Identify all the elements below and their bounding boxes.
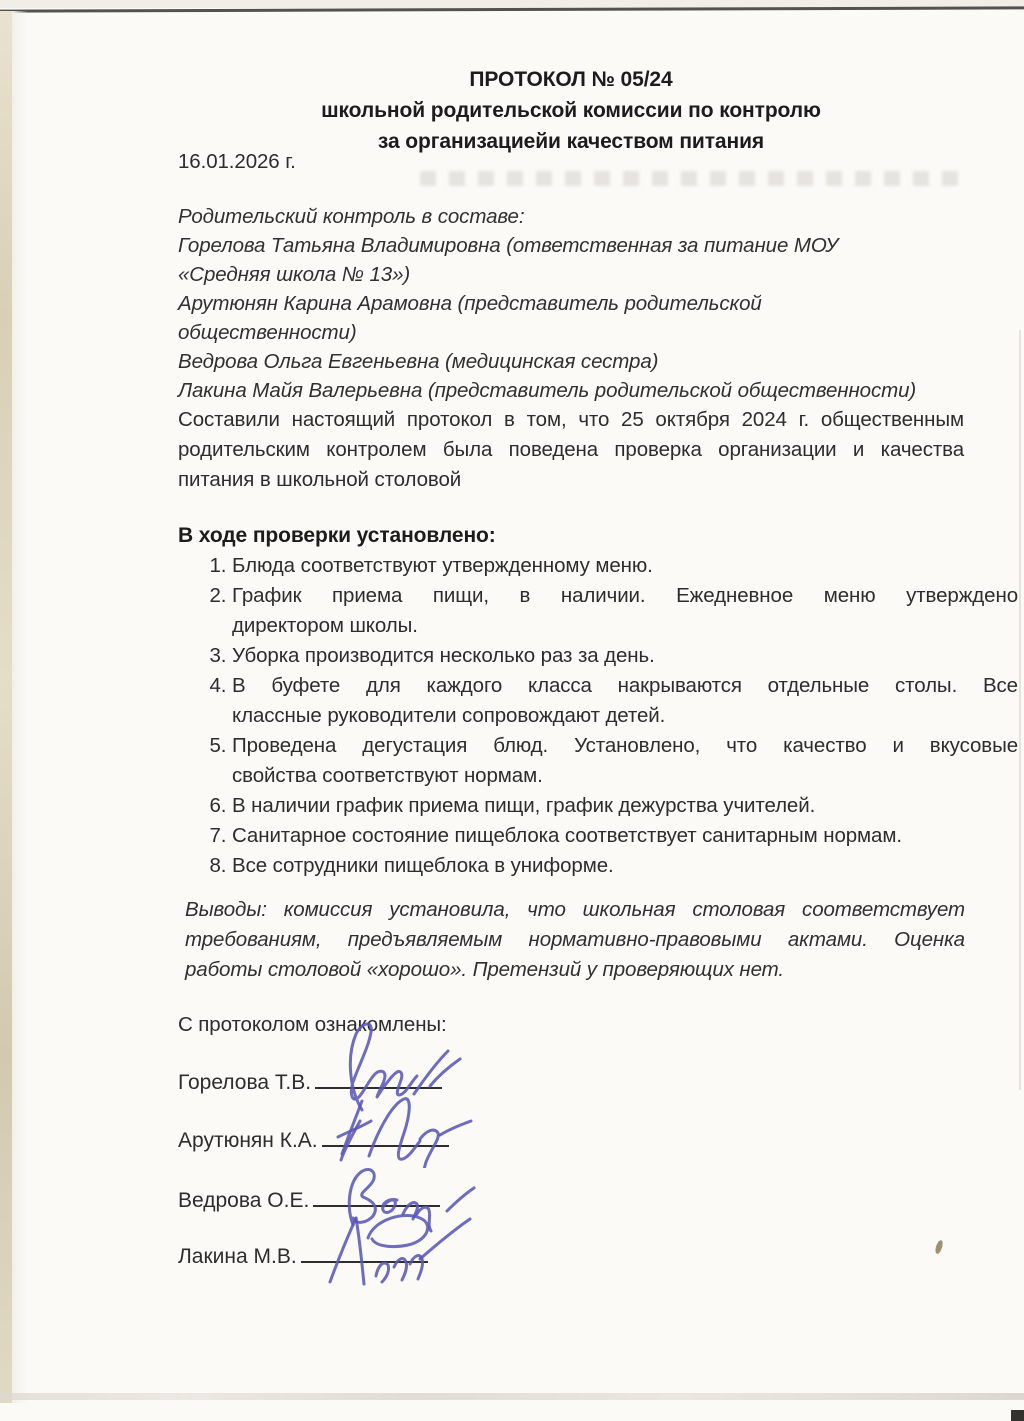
committee-member: Лакина Майя Валерьевна (представитель ро… [178,376,964,405]
finding-item: Все сотрудники пищеблока в униформе. [232,851,1018,881]
committee-composition: Родительский контроль в составе: Горелов… [178,202,964,405]
conclusions-paragraph: Выводы: комиссия установила, что школьна… [185,895,965,985]
scan-corner-speck [1011,1410,1024,1421]
finding-item: Проведена дегустация блюд. Установлено, … [232,731,1018,791]
composition-intro: Родительский контроль в составе: [178,202,964,231]
finding-item: Блюда соответствуют утвержденному меню. [232,551,1018,581]
finding-item: Уборка производится несколько раз за ден… [232,641,1018,671]
findings-list: Блюда соответствуют утвержденному меню. … [178,551,1018,881]
signer-name: Ведрова О.Е. [178,1189,309,1213]
conclusions-line: работы столовой «хорошо». Претензий у пр… [185,955,965,985]
finding-line: директором школы. [232,611,1018,641]
finding-line: График приема пищи, в наличии. Ежедневно… [232,581,1018,611]
finding-line: Проведена дегустация блюд. Установлено, … [232,731,1018,761]
signature-row: Арутюнян К.А. [178,1121,449,1153]
signature-line [322,1121,449,1147]
findings-heading: В ходе проверки установлено: [178,521,964,551]
finding-line: В наличии график приема пищи, график деж… [232,791,1018,821]
preamble-line: родительским контролем была поведена про… [178,435,964,465]
conclusions-line: требованиям, предъявляемым нормативно-пр… [185,925,965,955]
finding-line: Уборка производится несколько раз за ден… [232,641,1018,671]
finding-line: Все сотрудники пищеблока в униформе. [232,851,1018,881]
signer-name: Арутюнян К.А. [178,1129,318,1153]
finding-line: свойства соответствуют нормам. [232,761,1018,791]
finding-line: Блюда соответствуют утвержденному меню. [232,551,1018,581]
committee-member: общественности) [178,318,964,347]
signature-line [301,1237,428,1263]
preamble-line: питания в школьной столовой [178,465,964,495]
committee-member: «Средняя школа № 13») [178,260,964,289]
scanned-protocol-page: ПРОТОКОЛ № 05/24 школьной родительской к… [0,0,1024,1421]
finding-line: классные руководители сопровождают детей… [232,701,1018,731]
preamble-line: Составили настоящий протокол в том, что … [178,405,964,435]
signature-row: Ведрова О.Е. [178,1181,440,1213]
protocol-number-title: ПРОТОКОЛ № 05/24 [178,64,964,95]
committee-member: Арутюнян Карина Арамовна (представитель … [178,289,964,318]
ink-speck [934,1239,943,1254]
signer-name: Лакина М.В. [178,1245,297,1269]
finding-item: Санитарное состояние пищеблока соответст… [232,821,1018,851]
conclusions-line: Выводы: комиссия установила, что школьна… [185,895,965,925]
finding-item: График приема пищи, в наличии. Ежедневно… [232,581,1018,641]
scan-left-paper-edge [0,11,12,1403]
acknowledgement-line: С протоколом ознакомлены: [178,1010,964,1040]
scan-bottom-edge-band [0,1393,1024,1400]
scan-left-shadow [12,11,28,1403]
finding-item: В буфете для каждого класса накрываются … [232,671,1018,731]
preamble-paragraph: Составили настоящий протокол в том, что … [178,405,964,495]
signature-line [313,1181,440,1207]
committee-member: Горелова Татьяна Владимировна (ответстве… [178,231,964,260]
signature-row: Горелова Т.В. [178,1063,442,1095]
finding-line: Санитарное состояние пищеблока соответст… [232,821,1018,851]
finding-item: В наличии график приема пищи, график деж… [232,791,1018,821]
signature-line [315,1063,442,1089]
scan-right-edge-line [1019,330,1021,1090]
signature-row: Лакина М.В. [178,1237,428,1269]
document-title-block: ПРОТОКОЛ № 05/24 школьной родительской к… [178,64,964,157]
document-date: 16.01.2026 г. [178,147,964,177]
committee-member: Ведрова Ольга Евгеньевна (медицинская се… [178,347,964,376]
signer-name: Горелова Т.В. [178,1071,311,1095]
finding-line: В буфете для каждого класса накрываются … [232,671,1018,701]
title-line-2: школьной родительской комиссии по контро… [178,95,964,126]
